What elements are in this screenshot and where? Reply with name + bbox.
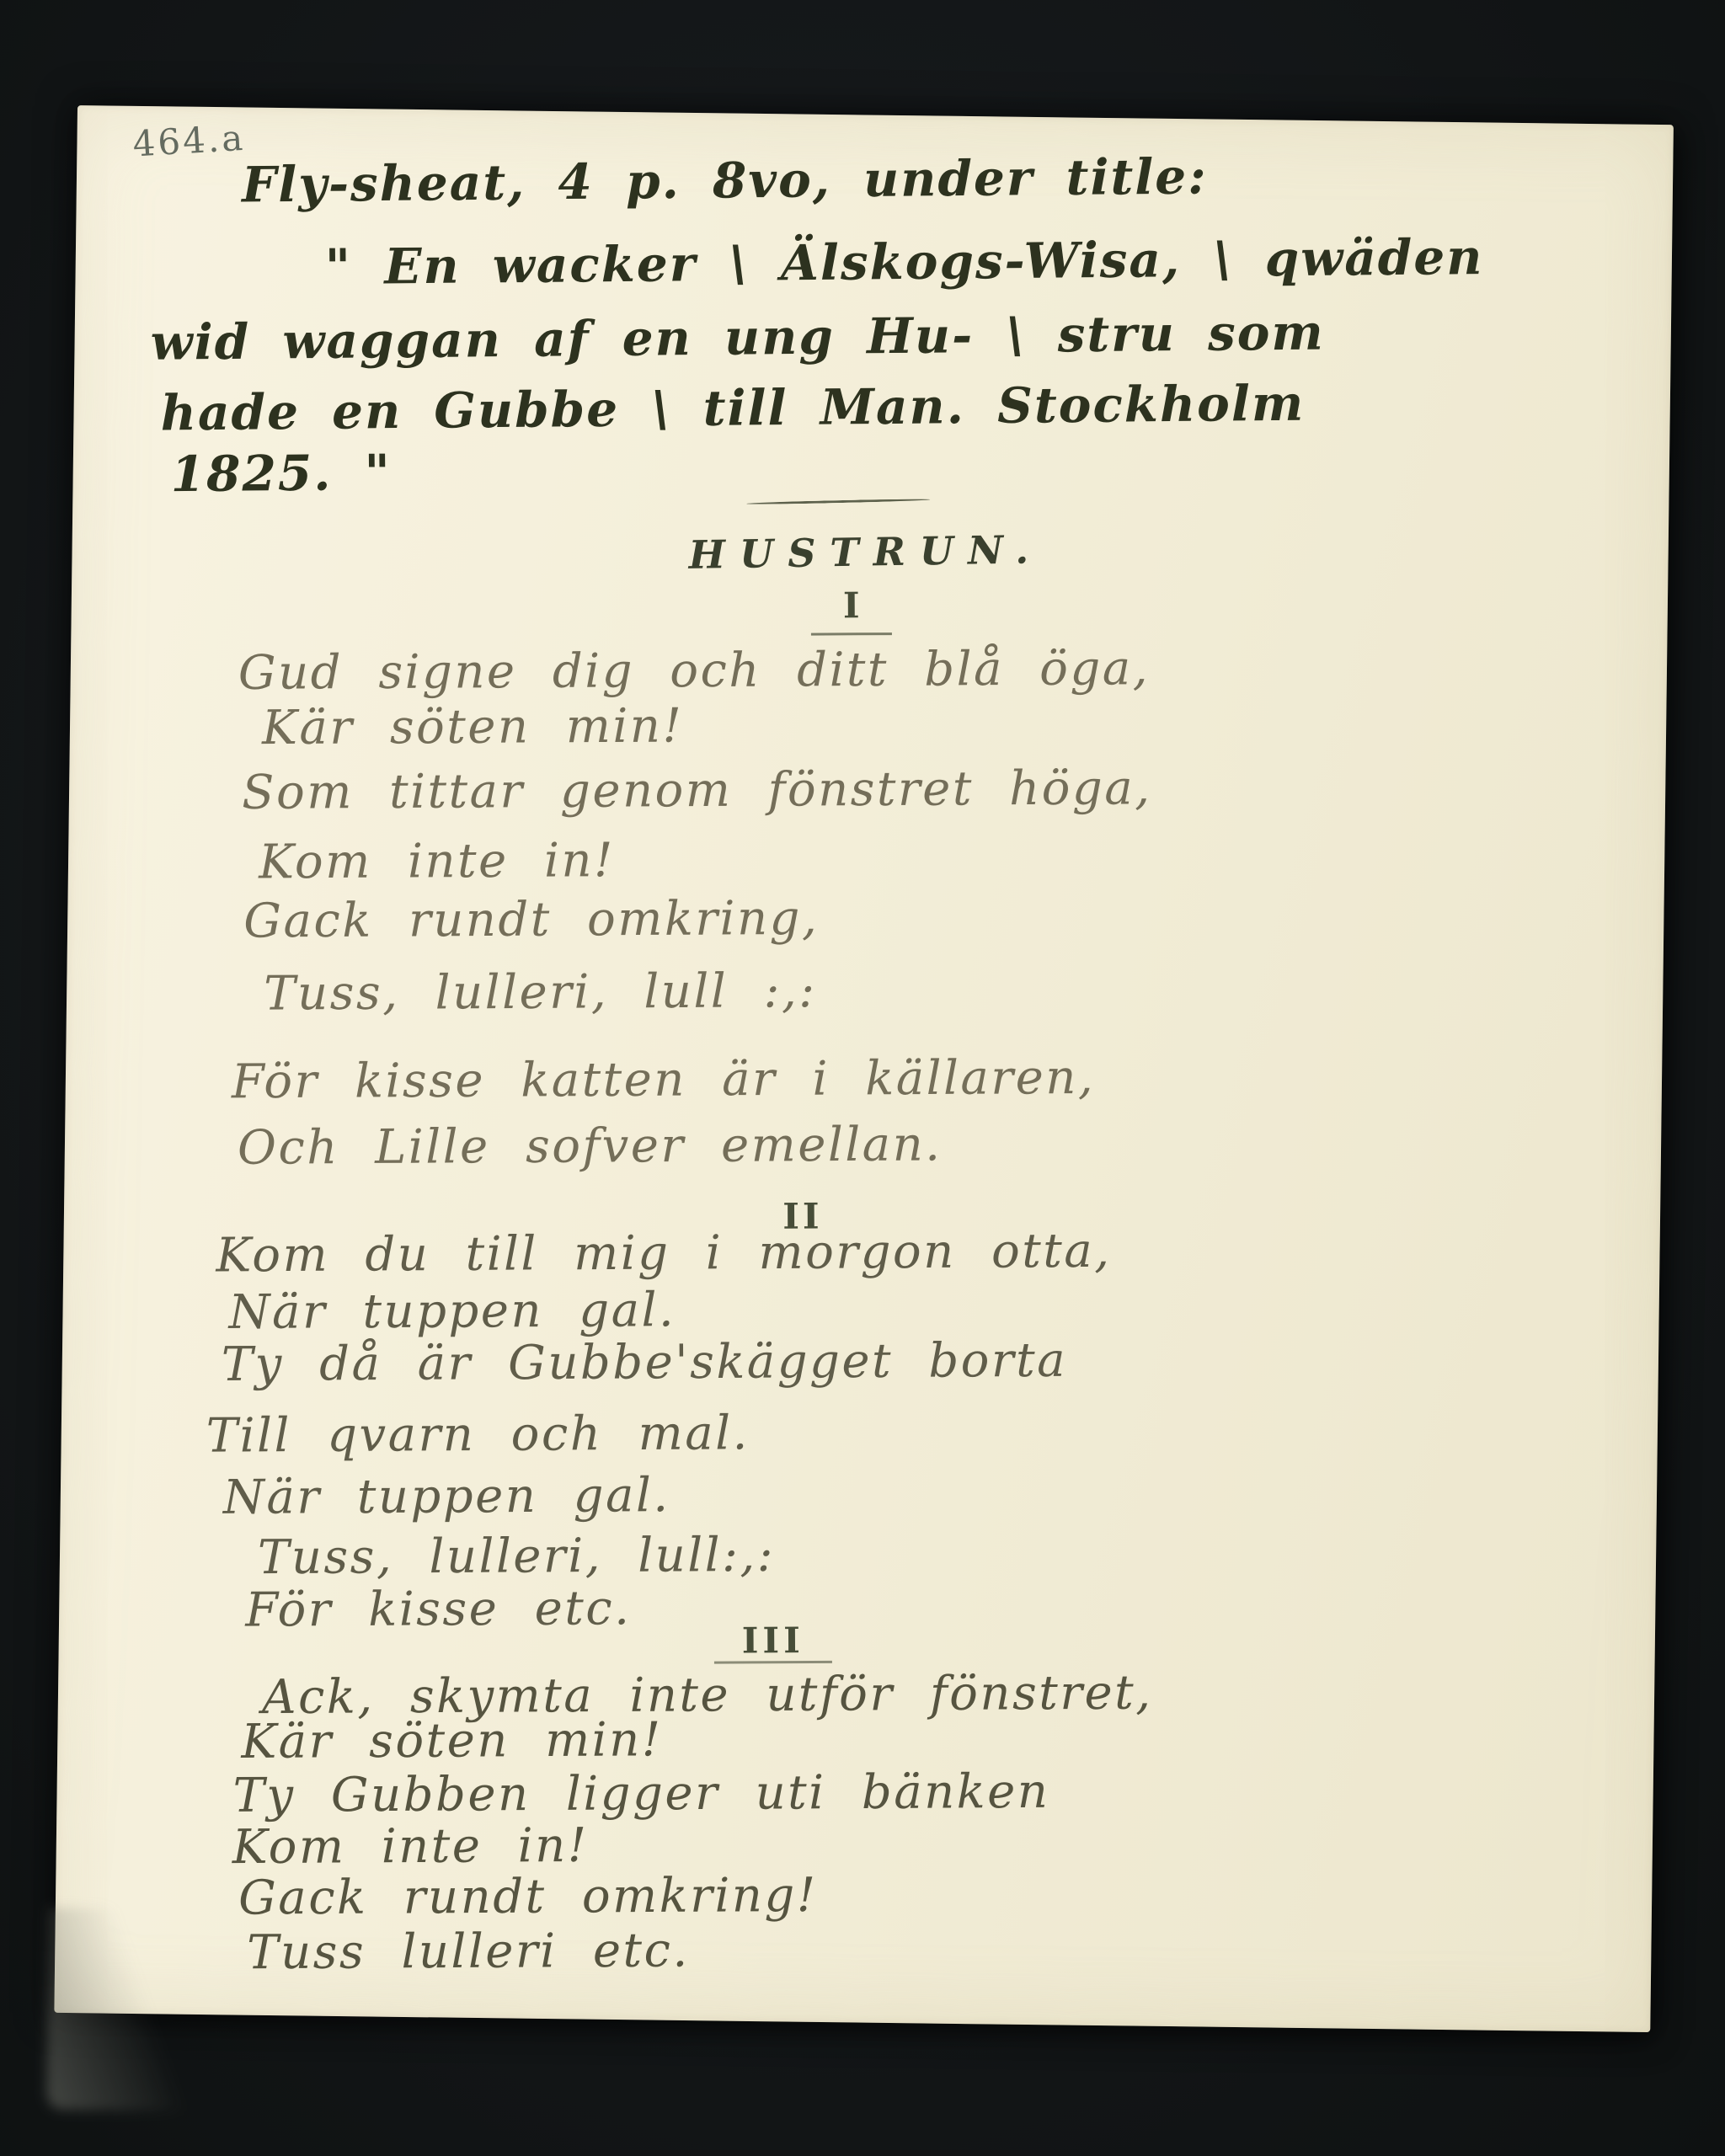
verse-line: För kisse etc. (245, 1581, 631, 1637)
verse-line: Tuss lulleri etc. (247, 1924, 690, 1981)
manuscript-photo: { "page": { "catalog_number": "464.a", "… (0, 0, 1725, 2156)
verse-line: När tuppen gal. (223, 1468, 670, 1525)
catalog-number: 464.a (131, 117, 246, 165)
verse-line: Kär söten min! (262, 699, 684, 756)
verse-line: Till qvarn och mal. (206, 1406, 750, 1463)
verse-line: Tuss, lulleri, lull :,: (264, 963, 817, 1021)
verse-line: Ty då är Gubbe'skägget borta (222, 1333, 1068, 1392)
verse-line: Ty Gubben ligger uti bänken (232, 1764, 1049, 1823)
verse-line: Gud signe dig och ditt blå öga, (238, 641, 1150, 701)
verse-line: Gack rundt omkring, (243, 891, 819, 949)
verse-line: När tuppen gal. (228, 1283, 676, 1340)
verse-numeral: III (714, 1620, 832, 1664)
bibliographic-note-line: hade en Gubbe \ till Man. Stockholm (160, 375, 1305, 442)
verse-line: Kär söten min! (241, 1712, 663, 1769)
verse-line: Kom inte in! (259, 833, 615, 889)
bibliographic-note-line: " En wacker \ Älskogs-Wisa, \ qwäden (325, 228, 1484, 296)
bibliographic-note-line: 1825. " (170, 444, 392, 503)
verse-numeral: I (811, 584, 892, 636)
corner-smudge (46, 1908, 192, 2111)
manuscript-page: 464.a Fly-sheat, 4 p. 8vo, under title: … (54, 105, 1674, 2032)
verse-line: Och Lille sofver emellan. (238, 1117, 943, 1175)
verse-line: Tuss, lulleri, lull:,: (258, 1528, 775, 1585)
verse-line: Gack rundt omkring! (238, 1868, 818, 1926)
section-divider-rule (746, 499, 930, 505)
bibliographic-note-line: Fly-sheat, 4 p. 8vo, under title: (242, 147, 1208, 213)
poem-title: HUSTRUN. (688, 526, 1043, 578)
bibliographic-note-line: wid waggan af en ung Hu- \ stru som (150, 304, 1325, 371)
verse-line: Kom inte in! (232, 1818, 589, 1875)
verse-line: Kom du till mig i morgon otta, (216, 1224, 1111, 1283)
verse-line: Som tittar genom fönstret höga, (242, 760, 1152, 820)
verse-line: För kisse katten är i källaren, (232, 1050, 1095, 1109)
